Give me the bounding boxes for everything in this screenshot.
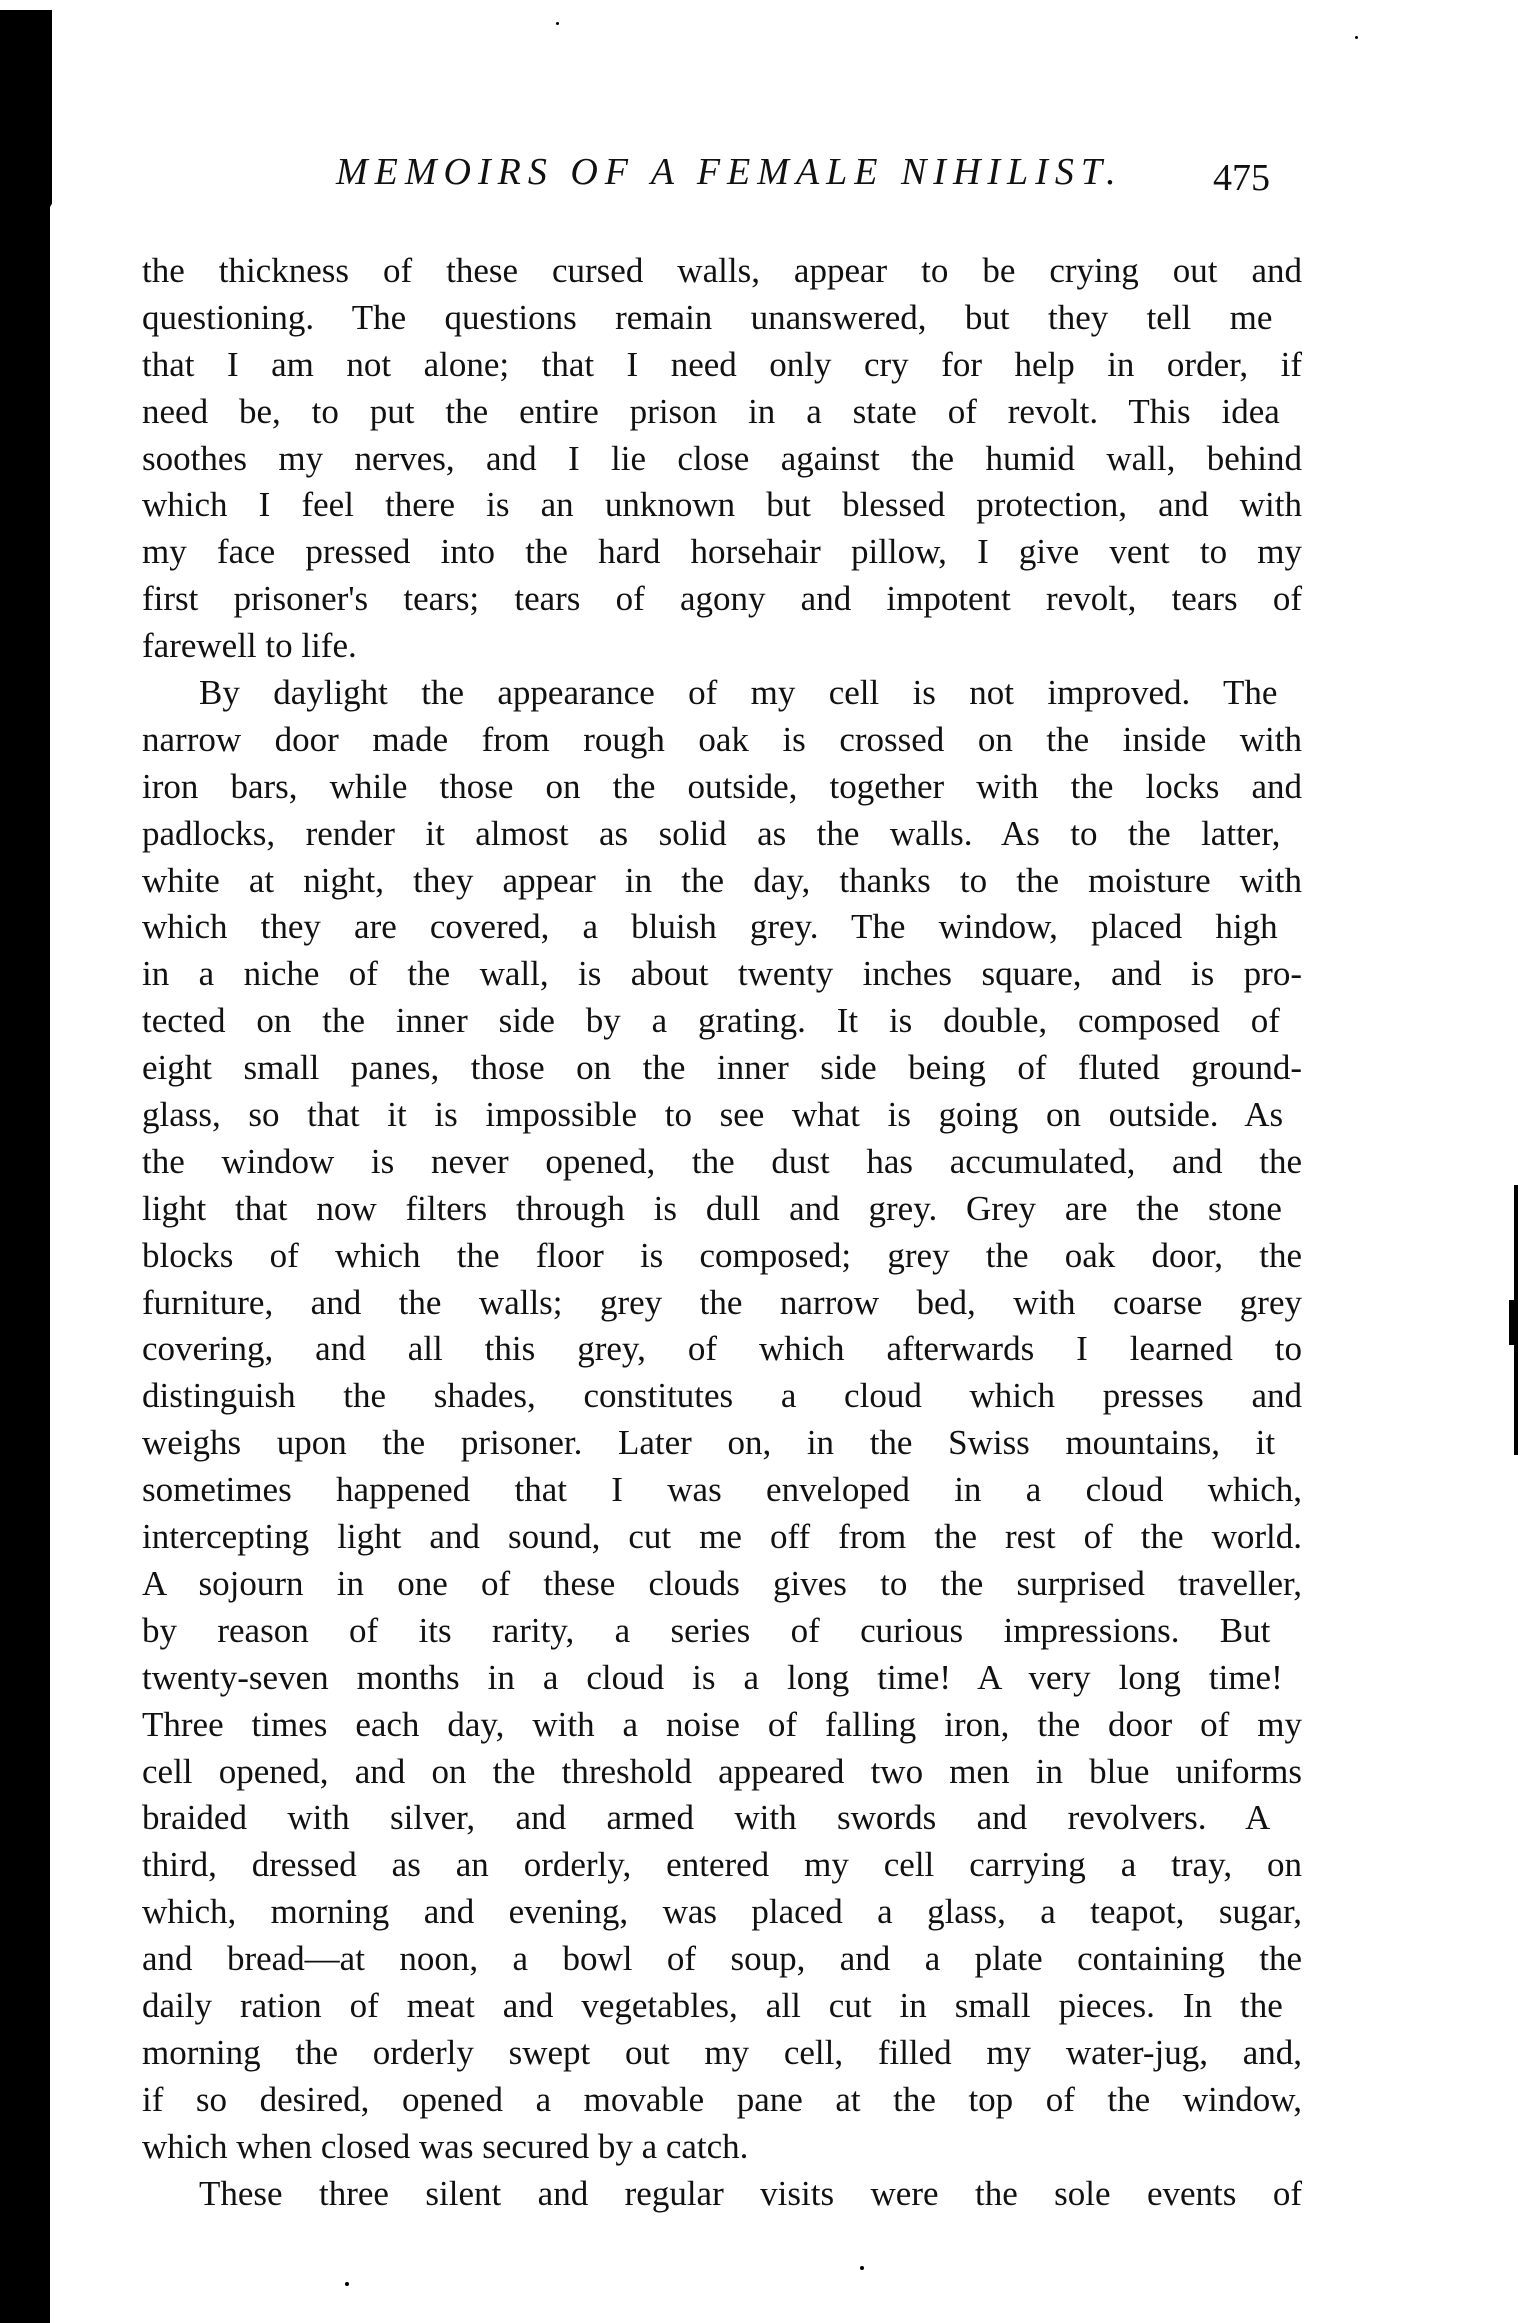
text-line: my face pressed into the hard horsehair … bbox=[142, 529, 1302, 576]
scan-speck bbox=[860, 2266, 864, 2270]
scan-speck bbox=[1355, 36, 1358, 39]
text-line: third, dressed as an orderly, entered my… bbox=[142, 1842, 1302, 1889]
text-line: Three times each day, with a noise of fa… bbox=[142, 1702, 1302, 1749]
scan-binding-shadow bbox=[0, 10, 50, 2323]
running-title: MEMOIRS OF A FEMALE NIHILIST. bbox=[336, 150, 1123, 194]
text-line: By daylight the appearance of my cell is… bbox=[142, 670, 1302, 717]
text-line: which, morning and evening, was placed a… bbox=[142, 1889, 1302, 1936]
text-line: eight small panes, those on the inner si… bbox=[142, 1045, 1302, 1092]
text-line: blocks of which the floor is composed; g… bbox=[142, 1233, 1302, 1280]
text-line: by reason of its rarity, a series of cur… bbox=[142, 1608, 1302, 1655]
text-line: and bread—at noon, a bowl of soup, and a… bbox=[142, 1936, 1302, 1983]
text-line: distinguish the shades, constitutes a cl… bbox=[142, 1373, 1302, 1420]
running-head: MEMOIRS OF A FEMALE NIHILIST. 475 bbox=[0, 150, 1526, 210]
text-line: soothes my nerves, and I lie close again… bbox=[142, 436, 1302, 483]
text-line: the thickness of these cursed walls, app… bbox=[142, 248, 1302, 295]
body-text: the thickness of these cursed walls, app… bbox=[142, 248, 1302, 2217]
text-line: weighs upon the prisoner. Later on, in t… bbox=[142, 1420, 1302, 1467]
text-line: that I am not alone; that I need only cr… bbox=[142, 342, 1302, 389]
text-line: intercepting light and sound, cut me off… bbox=[142, 1514, 1302, 1561]
text-line: in a niche of the wall, is about twenty … bbox=[142, 951, 1302, 998]
text-line: tected on the inner side by a grating. I… bbox=[142, 998, 1302, 1045]
text-line: white at night, they appear in the day, … bbox=[142, 858, 1302, 905]
text-line: which when closed was secured by a catch… bbox=[142, 2124, 1302, 2171]
book-page: MEMOIRS OF A FEMALE NIHILIST. 475 the th… bbox=[0, 0, 1526, 2323]
text-line: A sojourn in one of these clouds gives t… bbox=[142, 1561, 1302, 1608]
text-line: daily ration of meat and vegetables, all… bbox=[142, 1983, 1302, 2030]
text-line: twenty-seven months in a cloud is a long… bbox=[142, 1655, 1302, 1702]
text-line: glass, so that it is impossible to see w… bbox=[142, 1092, 1302, 1139]
text-line: iron bars, while those on the outside, t… bbox=[142, 764, 1302, 811]
text-line: light that now filters through is dull a… bbox=[142, 1186, 1302, 1233]
scan-right-edge-blot bbox=[1509, 1300, 1518, 1345]
text-line: the window is never opened, the dust has… bbox=[142, 1139, 1302, 1186]
text-line: narrow door made from rough oak is cross… bbox=[142, 717, 1302, 764]
text-line: which I feel there is an unknown but ble… bbox=[142, 482, 1302, 529]
text-line: padlocks, render it almost as solid as t… bbox=[142, 811, 1302, 858]
text-line: covering, and all this grey, of which af… bbox=[142, 1326, 1302, 1373]
text-line: if so desired, opened a movable pane at … bbox=[142, 2077, 1302, 2124]
text-line: which they are covered, a bluish grey. T… bbox=[142, 904, 1302, 951]
text-line: cell opened, and on the threshold appear… bbox=[142, 1749, 1302, 1796]
text-line: first prisoner's tears; tears of agony a… bbox=[142, 576, 1302, 623]
text-line: questioning. The questions remain unansw… bbox=[142, 295, 1302, 342]
text-line: need be, to put the entire prison in a s… bbox=[142, 389, 1302, 436]
page-number: 475 bbox=[1213, 156, 1270, 200]
text-line: furniture, and the walls; grey the narro… bbox=[142, 1280, 1302, 1327]
text-line: These three silent and regular visits we… bbox=[142, 2171, 1302, 2218]
text-line: morning the orderly swept out my cell, f… bbox=[142, 2030, 1302, 2077]
scan-speck bbox=[556, 22, 559, 25]
scan-speck bbox=[345, 2282, 349, 2286]
text-line: braided with silver, and armed with swor… bbox=[142, 1795, 1302, 1842]
text-line: sometimes happened that I was enveloped … bbox=[142, 1467, 1302, 1514]
text-line: farewell to life. bbox=[142, 623, 1302, 670]
